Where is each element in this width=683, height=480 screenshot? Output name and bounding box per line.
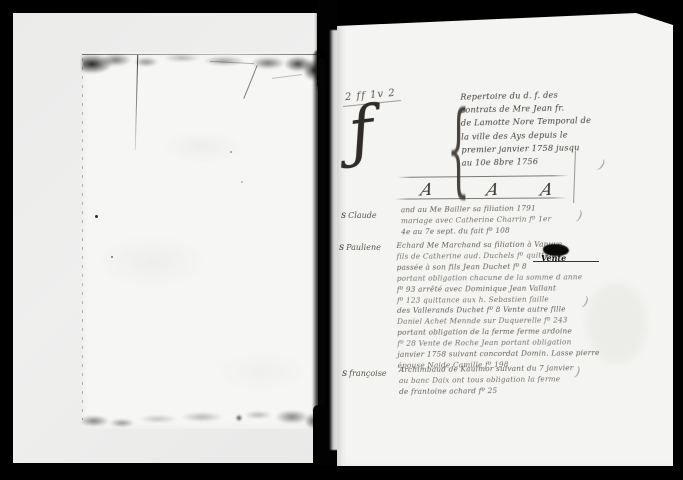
header-block: Repertoire du d. f. des contrats de Mre …: [460, 87, 622, 170]
entry-line: de frantoine achard fº 25: [399, 385, 599, 398]
entry-line: 4e au 7e sept. du fait fº 108: [401, 225, 585, 238]
ink-speck: [230, 151, 232, 153]
entry-body: Echard Me Marchand sa filiation à Vanuve…: [396, 239, 597, 372]
entry-margin-label: sClaude: [341, 210, 377, 221]
entry-name: Pauliene: [346, 243, 381, 252]
entry-paraph: s: [339, 242, 344, 253]
ink-speck: [95, 215, 98, 218]
index-letter: A: [419, 180, 435, 200]
entry-body: and au Me Bailler sa filiation 1791 mari…: [401, 203, 585, 238]
entry-name: Claude: [348, 211, 376, 220]
entry-margin-label: sfrançoise: [342, 368, 387, 379]
page-left-edge: [82, 58, 83, 420]
index-letter: A: [485, 180, 501, 200]
entry-body: Archimbaud de Kaulmor suivant du 7 janvi…: [399, 363, 599, 398]
spine-shadow-core: [318, 58, 325, 410]
index-rule-top: [397, 175, 569, 178]
index-rule-bottom: [394, 197, 568, 199]
entry-margin-label: sPauliene: [339, 242, 381, 253]
flourish-initial: ƒ: [345, 98, 377, 166]
right-page: 2 ff 1v 2 ƒ { Repertoire du d. f. des co…: [337, 13, 673, 466]
left-page: [82, 52, 318, 429]
faint-smudge: [587, 283, 647, 363]
ink-stain-bottom: [82, 401, 318, 429]
ink-speck: [111, 256, 113, 258]
entry-paraph: s: [341, 210, 346, 221]
index-letter: A: [539, 180, 555, 200]
correction-strike: [533, 261, 599, 262]
archive-scan: 2 ff 1v 2 ƒ { Repertoire du d. f. des co…: [0, 0, 683, 480]
entry-name: françoise: [349, 369, 386, 378]
ink-speck: [241, 181, 243, 183]
entry-paraph: s: [342, 368, 347, 379]
